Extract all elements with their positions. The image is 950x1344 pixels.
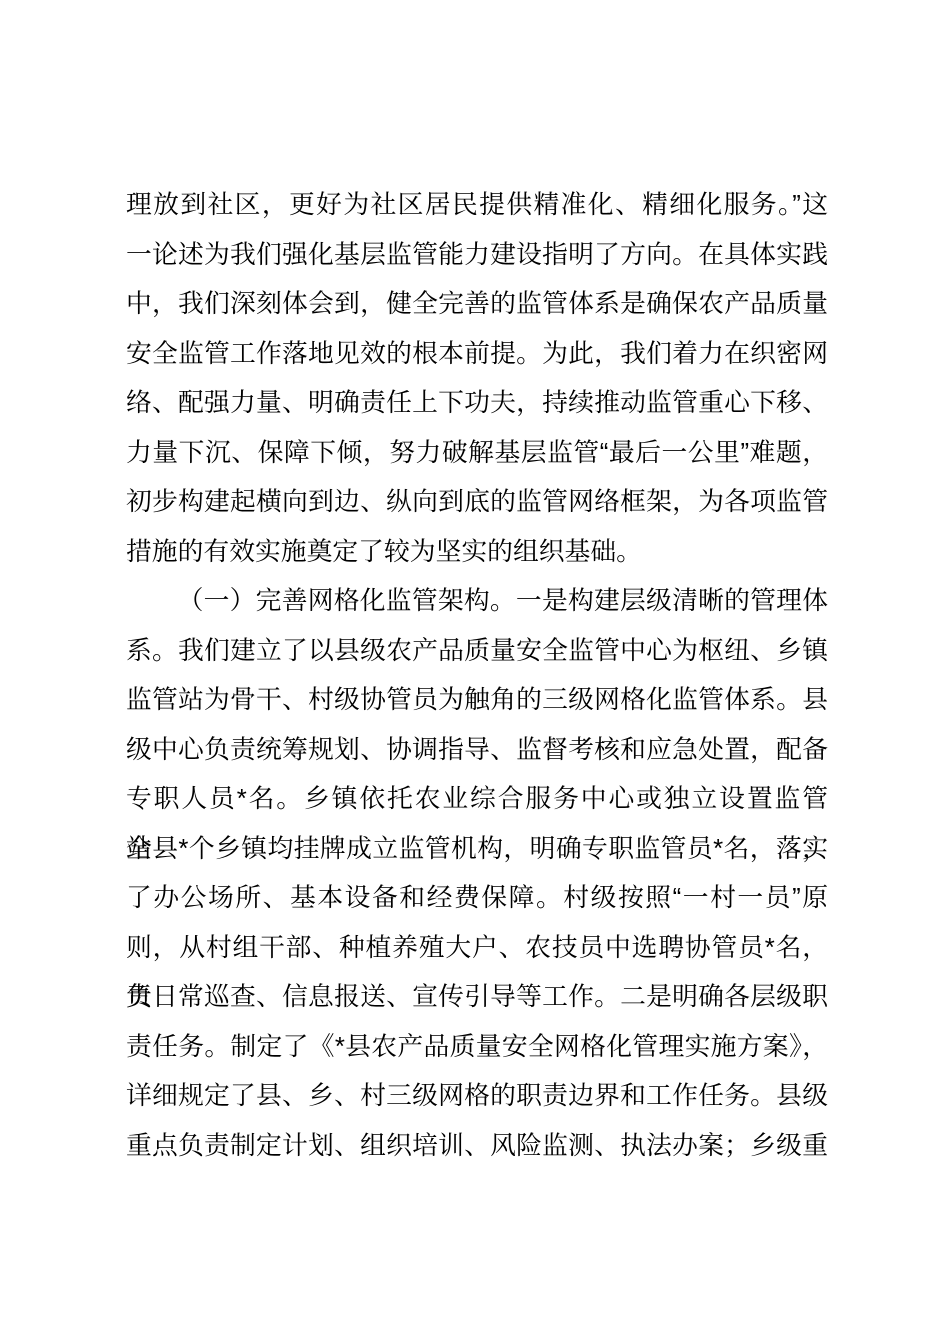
text-line: 一论述为我们强化基层监管能力建设指明了方向。在具体实践 <box>126 231 828 281</box>
page-content: 理放到社区，更好为社区居民提供精准化、精细化服务。”这一论述为我们强化基层监管能… <box>126 181 828 1171</box>
text-line: 措施的有效实施奠定了较为坚实的组织基础。 <box>126 528 828 578</box>
text-line: 级中心负责统筹规划、协调指导、监督考核和应急处置，配备 <box>126 726 828 776</box>
text-line: 责日常巡查、信息报送、宣传引导等工作。二是明确各层级职 <box>126 973 828 1023</box>
text-line: 专职人员*名。乡镇依托农业综合服务中心或独立设置监管站， <box>126 775 828 825</box>
text-line: 全县*个乡镇均挂牌成立监管机构，明确专职监管员*名，落实 <box>126 825 828 875</box>
text-line: 络、配强力量、明确责任上下功夫，持续推动监管重心下移、 <box>126 379 828 429</box>
text-line: 了办公场所、基本设备和经费保障。村级按照“一村一员”原 <box>126 874 828 924</box>
text-line: 重点负责制定计划、组织培训、风险监测、执法办案；乡级重 <box>126 1122 828 1172</box>
text-line: （一）完善网格化监管架构。一是构建层级清晰的管理体 <box>126 577 828 627</box>
text-line: 中，我们深刻体会到，健全完善的监管体系是确保农产品质量 <box>126 280 828 330</box>
paragraph-section-one: （一）完善网格化监管架构。一是构建层级清晰的管理体系。我们建立了以县级农产品质量… <box>126 577 828 1171</box>
text-line: 责任务。制定了《*县农产品质量安全网格化管理实施方案》， <box>126 1023 828 1073</box>
document-page: 理放到社区，更好为社区居民提供精准化、精细化服务。”这一论述为我们强化基层监管能… <box>0 0 950 1344</box>
paragraph-continuation: 理放到社区，更好为社区居民提供精准化、精细化服务。”这一论述为我们强化基层监管能… <box>126 181 828 577</box>
text-line: 系。我们建立了以县级农产品质量安全监管中心为枢纽、乡镇 <box>126 627 828 677</box>
text-line: 则，从村组干部、种植养殖大户、农技员中选聘协管员*名，负 <box>126 924 828 974</box>
text-line: 初步构建起横向到边、纵向到底的监管网络框架，为各项监管 <box>126 478 828 528</box>
text-line: 监管站为骨干、村级协管员为触角的三级网格化监管体系。县 <box>126 676 828 726</box>
text-line: 理放到社区，更好为社区居民提供精准化、精细化服务。”这 <box>126 181 828 231</box>
text-line: 力量下沉、保障下倾，努力破解基层监管“最后一公里”难题， <box>126 429 828 479</box>
text-line: 详细规定了县、乡、村三级网格的职责边界和工作任务。县级 <box>126 1072 828 1122</box>
text-line: 安全监管工作落地见效的根本前提。为此，我们着力在织密网 <box>126 330 828 380</box>
